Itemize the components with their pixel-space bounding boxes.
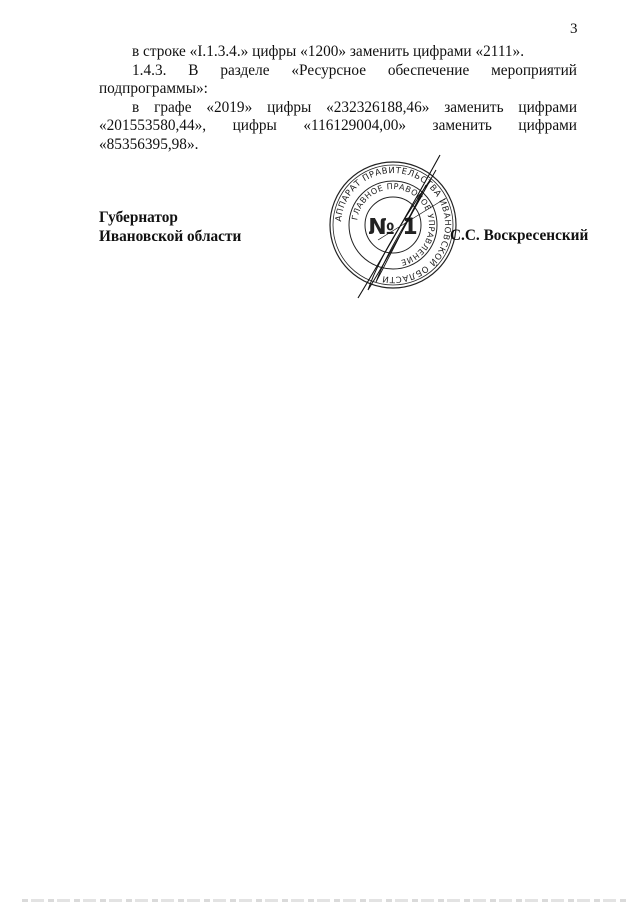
body-line-4: в графе «2019» цифры «232326188,46» заме… (99, 99, 577, 118)
signatory-title: Губернатор Ивановской области (99, 209, 241, 246)
body-line-3: подпрограммы»: (99, 80, 577, 99)
official-seal-icon: АППАРАТ ПРАВИТЕЛЬСТВА ИВАНОВСКОЙ ОБЛАСТИ… (318, 150, 468, 300)
page-number: 3 (570, 21, 578, 38)
body-line-1: в строке «I.1.3.4.» цифры «1200» заменит… (99, 43, 577, 62)
scan-footer-artifact (22, 899, 627, 902)
document-body: в строке «I.1.3.4.» цифры «1200» заменит… (99, 43, 577, 154)
signatory-title-line-2: Ивановской области (99, 228, 241, 247)
body-line-2: 1.4.3. В разделе «Ресурсное обеспечение … (99, 62, 577, 81)
seal-center-text: № 1 (368, 215, 417, 240)
signatory-name: С.С. Воскресенский (450, 227, 588, 246)
signatory-title-line-1: Губернатор (99, 209, 241, 228)
body-line-5: «201553580,44», цифры «116129004,00» зам… (99, 117, 577, 136)
